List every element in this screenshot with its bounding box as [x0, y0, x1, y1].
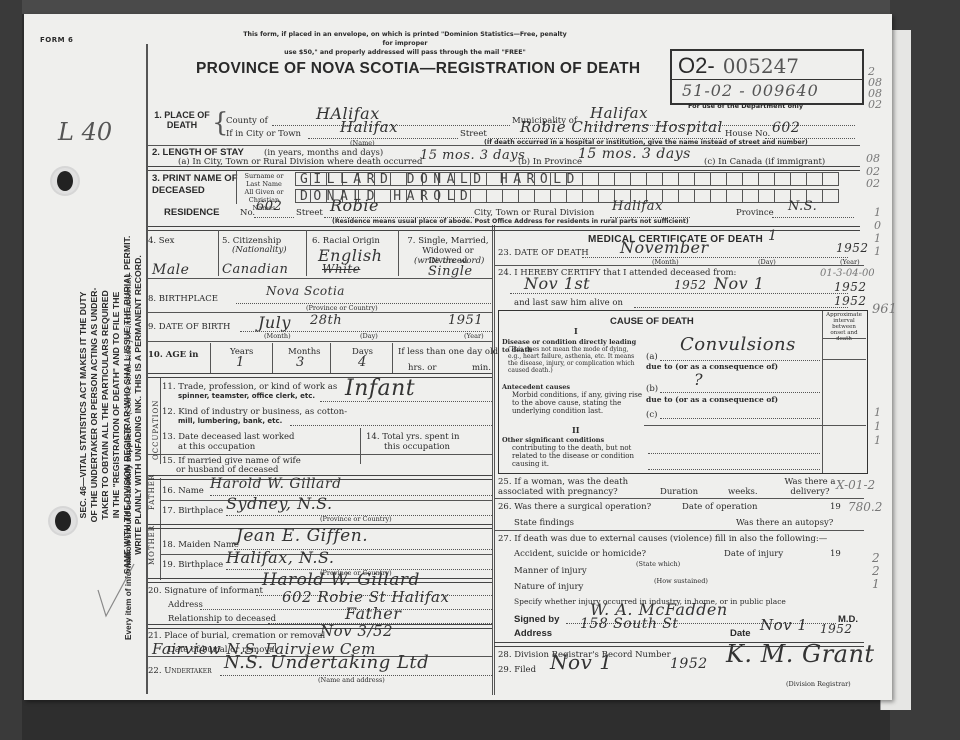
stay-province-value: 15 mos. 3 days	[578, 146, 691, 162]
due-to-label: due to (or as a consequence of)	[646, 362, 778, 372]
left-frame-line	[146, 44, 148, 694]
date-of-death-label: 23. DATE OF DEATH	[498, 248, 589, 258]
house-value: 602	[772, 120, 800, 136]
divider	[148, 145, 860, 146]
day-hint: (Day)	[360, 332, 378, 340]
margin-code: 1	[874, 406, 881, 420]
margin-code: 02	[868, 99, 882, 110]
age-months-value: 3	[296, 355, 305, 370]
street-value: Robie Childrens Hospital	[520, 118, 723, 136]
other-conditions-label: Other significant conditions	[502, 436, 604, 444]
date-of-injury-label: Date of injury	[724, 549, 783, 559]
mother-birthplace-value: Halifax, N.S.	[226, 548, 334, 567]
margin-code-cause: 961	[872, 302, 897, 317]
margin-code: 1	[874, 245, 881, 258]
side-notice-line: SEC. 46—VITAL STATISTICS ACT MAKES IT TH…	[78, 120, 89, 690]
form-title: PROVINCE OF NOVA SCOTIA—REGISTRATION OF …	[196, 60, 640, 78]
margin-code-stay: 08	[866, 152, 880, 165]
disease-note: (This does not mean the mode of dying, e…	[508, 346, 643, 374]
margin-code-age: 01-3-04-00	[820, 268, 875, 279]
margin-code: 0	[874, 219, 881, 232]
margin-code: 1	[874, 206, 881, 219]
dob-month-value: July	[258, 313, 291, 332]
center-divider	[494, 225, 495, 695]
residence-no-label: No.	[240, 208, 255, 218]
attended-to-year: 1952	[834, 280, 867, 294]
dod-day-value: 1	[768, 228, 777, 244]
weeks-label: weeks.	[728, 487, 758, 497]
citizenship-hint: (Nationality)	[232, 245, 287, 255]
deceased-name-label: 3. PRINT NAME OF DECEASED	[152, 173, 242, 197]
q25-label: 25. If a woman, was the death associated…	[498, 477, 638, 497]
manner-label: Manner of injury	[514, 566, 587, 576]
mother-section-label: MOTHER	[148, 525, 156, 565]
signoff-date-label: Date	[730, 628, 751, 639]
margin-code: 1	[874, 232, 881, 245]
last-saw-label: and last saw him alive on	[514, 298, 623, 308]
month-hint: (Month)	[264, 332, 291, 340]
q26-label: 26. Was there a surgical operation?	[498, 502, 651, 512]
q15-hint: or husband of deceased	[176, 465, 278, 475]
father-birthplace-label: 17. Birthplace	[162, 506, 223, 516]
margin-codes-top: 2 08 08 02	[868, 66, 882, 110]
state-which-hint: (State which)	[636, 560, 680, 568]
surname-label: Surname or Last Name	[240, 172, 288, 188]
hrs-label: hrs. or	[408, 363, 436, 373]
margin-code: 1	[874, 434, 881, 448]
margin-codes-cause-marks: 1 1 1	[874, 406, 881, 448]
date-of-operation-label: Date of operation	[682, 502, 757, 512]
check-mark-icon	[96, 560, 136, 620]
informant-signature-value: Harold W. Gillard	[262, 570, 420, 590]
undertaker-hint: (Name and address)	[318, 676, 385, 684]
year-prefix: 19	[830, 502, 841, 512]
residence-street-label: Street	[296, 208, 323, 218]
residence-province-label: Province	[736, 208, 774, 218]
notice-line: use $50," and properly addressed will pa…	[240, 48, 570, 57]
registration-prefix: O2-	[678, 53, 715, 78]
margin-code-delivery: X-01-2	[836, 478, 875, 492]
duration-label: Duration	[660, 487, 698, 497]
birthplace-hint: (Province or Country)	[306, 304, 378, 312]
racial-origin-label: 6. Racial Origin	[312, 236, 380, 246]
due-to-label: due to (or as a consequence of)	[646, 395, 778, 405]
mother-birthplace-label: 19. Birthplace	[162, 560, 223, 570]
filed-year-value: 1952	[670, 656, 708, 672]
given-names-value: DONALD HAROLD	[300, 189, 473, 204]
notice-line: This form, if placed in an envelope, on …	[240, 30, 570, 48]
occupation-value: Infant	[345, 376, 415, 401]
marital-status-value: Single	[428, 264, 473, 279]
birthplace-value: Nova Scotia	[266, 284, 345, 298]
registration-handwritten: 51-02 - 009640	[682, 81, 819, 100]
prov-hint: (Province or Country)	[320, 515, 392, 523]
age-label: 10. AGE in	[148, 350, 198, 360]
attended-from-value: Nov 1st	[524, 274, 590, 293]
residence-province-value: N.S.	[788, 199, 817, 214]
antecedent-note: Morbid conditions, if any, giving rise t…	[512, 391, 642, 415]
part-two-label: II	[572, 425, 579, 435]
house-label: House No.	[725, 129, 770, 139]
antecedent-label: Antecedent causes	[502, 383, 570, 391]
signoff-year-value: 1952	[820, 622, 853, 636]
q14-hint: this occupation	[384, 442, 450, 452]
year-prefix: 19	[830, 549, 841, 559]
signoff-address-value: 158 South St	[580, 616, 679, 632]
place-of-death-label: 1. PLACE OF DEATH	[152, 110, 212, 130]
informant-signature-label: 20. Signature of informant	[148, 586, 263, 596]
center-divider	[492, 225, 493, 695]
divider	[148, 166, 860, 171]
residence-label: RESIDENCE	[164, 207, 219, 218]
racial-origin-struck: White	[322, 262, 360, 276]
margin-code-autopsy: 780.2	[848, 500, 882, 514]
autopsy-label: Was there an autopsy?	[736, 518, 833, 528]
delivery-label: Was there a delivery?	[780, 477, 840, 497]
county-label: County of	[226, 116, 268, 126]
cause-a-value: Convulsions	[680, 334, 796, 355]
less-than-day-label: If less than one day old	[398, 347, 498, 357]
other-conditions-note: contributing to the death, but not relat…	[512, 444, 644, 468]
father-birthplace-value: Sydney, N.S.	[226, 494, 333, 513]
attended-to-value: Nov 1	[714, 274, 764, 293]
form-number: FORM 6	[40, 36, 73, 44]
divider	[236, 170, 237, 204]
informant-address-label: Address	[168, 600, 203, 610]
city-value: Halifax	[340, 118, 398, 136]
min-label: min.	[472, 363, 491, 373]
residence-city-label: City, Town or Rural Division	[474, 208, 594, 218]
margin-codes-residence: 1 0 1 1	[874, 206, 881, 258]
city-label: If in City or Town	[226, 129, 301, 139]
margin-code: 1	[872, 578, 880, 591]
occupation-section-label: OCCUPATION	[152, 400, 160, 460]
signoff-date-value: Nov 1	[760, 616, 807, 634]
signoff-address-label: Address	[514, 628, 552, 639]
stay-city-value: 15 mos. 3 days	[420, 148, 525, 163]
year-hint: (Year)	[464, 332, 484, 340]
nature-label: Nature of injury	[514, 582, 583, 592]
residence-note: (Residence means usual place of abode. P…	[332, 218, 689, 225]
q12-hint: mill, lumbering, bank, etc.	[178, 417, 282, 425]
undertaker-label: 22. Undertaker	[148, 666, 212, 676]
q13-hint: at this occupation	[178, 442, 255, 452]
sex-label: 4. Sex	[148, 236, 174, 246]
dob-day-value: 28th	[310, 313, 342, 328]
findings-label: State findings	[514, 518, 574, 528]
filed-label: 29. Filed	[498, 665, 536, 675]
scan-background-top	[0, 0, 960, 14]
relationship-label: Relationship to deceased	[168, 614, 276, 624]
q13-label: 13. Date deceased last worked	[162, 432, 294, 442]
father-name-value: Harold W. Gillard	[210, 476, 342, 492]
cause-b-label: (b)	[646, 384, 658, 394]
street-label: Street	[460, 129, 487, 139]
margin-codes-injury: 2 2 1	[872, 552, 880, 591]
residence-no-value: 602	[256, 199, 282, 214]
cause-c-label: (c)	[646, 410, 657, 420]
registrar-hint: (Division Registrar)	[786, 680, 851, 688]
registration-number: 005247	[723, 54, 799, 78]
margin-codes-name: 02 02	[866, 166, 880, 190]
q27-label: 27. If death was due to external causes …	[498, 534, 827, 544]
residence-street-value: Robie	[330, 196, 379, 215]
registration-number-box: O2-005247 51-02 - 009640	[670, 49, 864, 105]
birthplace-label: 8. BIRTHPLACE	[148, 294, 218, 304]
relationship-value: Father	[345, 604, 401, 623]
dod-month-value: November	[620, 238, 709, 257]
q12-label: 12. Kind of industry or business, as cot…	[162, 407, 347, 417]
q14-label: 14. Total yrs. spent in	[366, 432, 460, 442]
filed-value: Nov 1	[550, 650, 612, 674]
father-name-label: 16. Name	[162, 486, 204, 496]
department-note: For use of the Department only	[688, 102, 803, 110]
father-section-label: FATHER	[148, 474, 156, 510]
margin-code: 1	[874, 420, 881, 434]
signed-by-label: Signed by	[514, 614, 559, 625]
punch-hole-icon	[52, 168, 78, 194]
surname-value: GILLARD DONALD HAROLD	[300, 172, 580, 187]
left-margin-mark: L 40	[58, 118, 112, 146]
part-one-label: I	[574, 326, 578, 336]
age-days-value: 4	[358, 355, 367, 370]
divider	[148, 226, 860, 231]
q11-label: 11. Trade, profession, or kind of work a…	[162, 382, 337, 392]
age-years-value: 1	[236, 355, 245, 370]
sex-value: Male	[152, 262, 189, 278]
mail-notice: This form, if placed in an envelope, on …	[240, 30, 570, 57]
how-sustained-hint: (How sustained)	[654, 577, 708, 585]
scan-background-left	[0, 0, 22, 740]
footer-note: (See reverse side for instructions.)	[124, 274, 133, 415]
citizenship-value: Canadian	[222, 262, 288, 277]
dod-year-value: 1952	[836, 241, 869, 255]
burial-date-value: Nov 3/52	[320, 622, 393, 640]
attended-from-year: 1952	[674, 278, 707, 292]
dob-year-value: 1951	[448, 313, 483, 328]
cause-of-death-heading: CAUSE OF DEATH	[610, 316, 694, 327]
punch-hole-icon	[50, 508, 76, 534]
last-saw-year: 1952	[834, 294, 867, 308]
q11-hint: spinner, teamster, office clerk, etc.	[178, 392, 315, 400]
cause-b-value: ?	[694, 370, 703, 389]
margin-code: 02	[866, 178, 880, 190]
mother-name-value: Jean E. Giffen.	[236, 526, 368, 546]
undertaker-value: N.S. Undertaking Ltd	[224, 652, 429, 673]
dob-label: 9. DATE OF BIRTH	[148, 322, 230, 332]
accident-label: Accident, suicide or homicide?	[514, 549, 646, 559]
cause-a-label: (a)	[646, 352, 658, 362]
residence-city-value: Halifax	[612, 199, 663, 214]
registrar-signature: K. M. Grant	[726, 640, 875, 668]
